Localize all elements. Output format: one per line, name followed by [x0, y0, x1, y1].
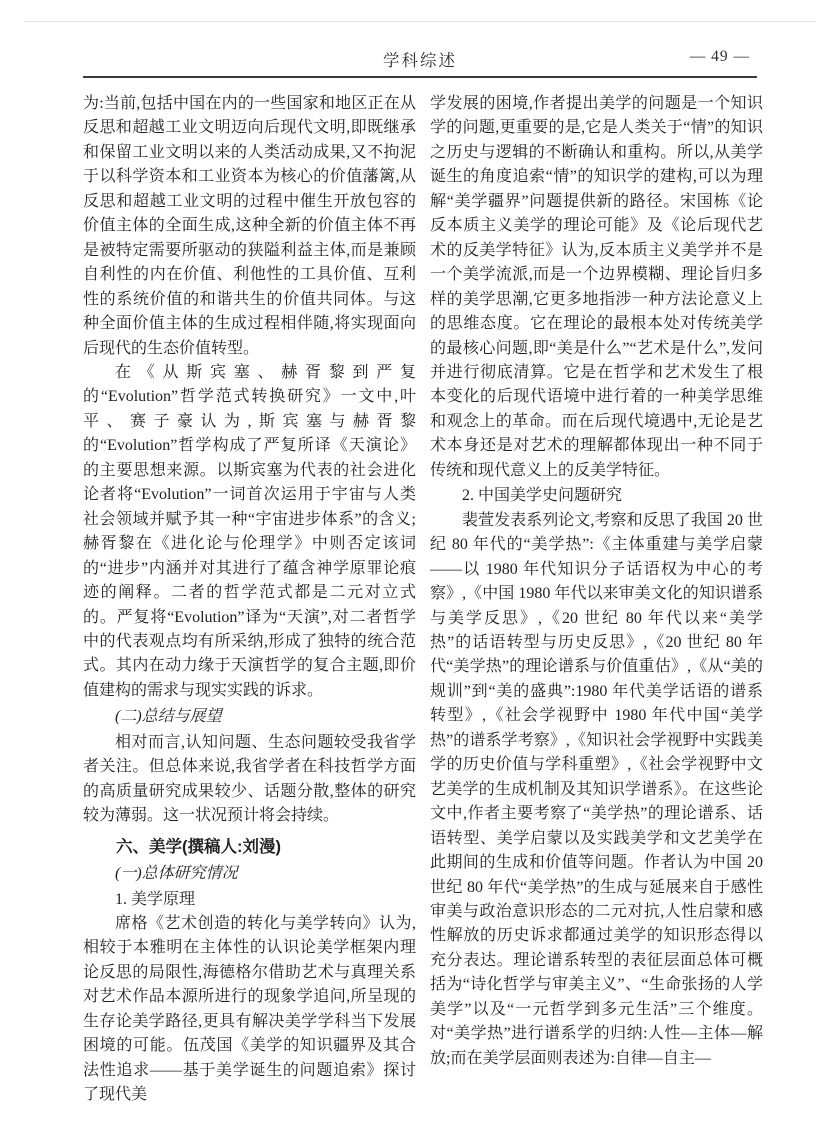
section-heading-aesthetics: 六、美学(撰稿人:刘漫): [83, 835, 416, 859]
paragraph-evolution-study: 在《从斯宾塞、赫胥黎到严复的“Evolution”哲学范式转换研究》一文中,叶平…: [83, 361, 416, 703]
running-head-title: 学科综述: [83, 47, 757, 71]
subsection-heading-overall-research: (一)总体研究情况: [83, 862, 416, 886]
paragraph-aesthetics-craze: 裴萱发表系列论文,考察和反思了我国 20 世纪 80 年代的“美学热”:《主体重…: [430, 509, 763, 1071]
numbered-heading-chinese-aesthetics-history: 2. 中国美学史问题研究: [430, 484, 763, 508]
header-rule: [83, 76, 757, 78]
page-number: — 49 —: [690, 48, 750, 66]
subsection-heading-summary-outlook: (二)总结与展望: [83, 705, 416, 729]
continued-paragraph: 学发展的困境,作者提出美学的问题是一个知识学的问题,更重要的是,它是人类关于“情…: [430, 92, 763, 483]
numbered-heading-aesthetic-principles: 1. 美学原理: [83, 888, 416, 912]
paragraph-summary: 相对而言,认知问题、生态问题较受我省学者关注。但总体来说,我省学者在科技哲学方面…: [83, 731, 416, 829]
page-top-hairline: [25, 21, 816, 22]
left-column: 为:当前,包括中国在内的一些国家和地区正在从反思和超越工业文明迈向后现代文明,即…: [83, 92, 416, 1108]
right-column: 学发展的困境,作者提出美学的问题是一个知识学的问题,更重要的是,它是人类关于“情…: [430, 92, 763, 1071]
paragraph-aesthetic-principles: 席格《艺术创造的转化与美学转向》认为,相较于本雅明在主体性的认识论美学框架内理论…: [83, 912, 416, 1108]
continued-paragraph: 为:当前,包括中国在内的一些国家和地区正在从反思和超越工业文明迈向后现代文明,即…: [83, 92, 416, 361]
journal-page: 学科综述 — 49 — 为:当前,包括中国在内的一些国家和地区正在从反思和超越工…: [0, 0, 839, 1135]
